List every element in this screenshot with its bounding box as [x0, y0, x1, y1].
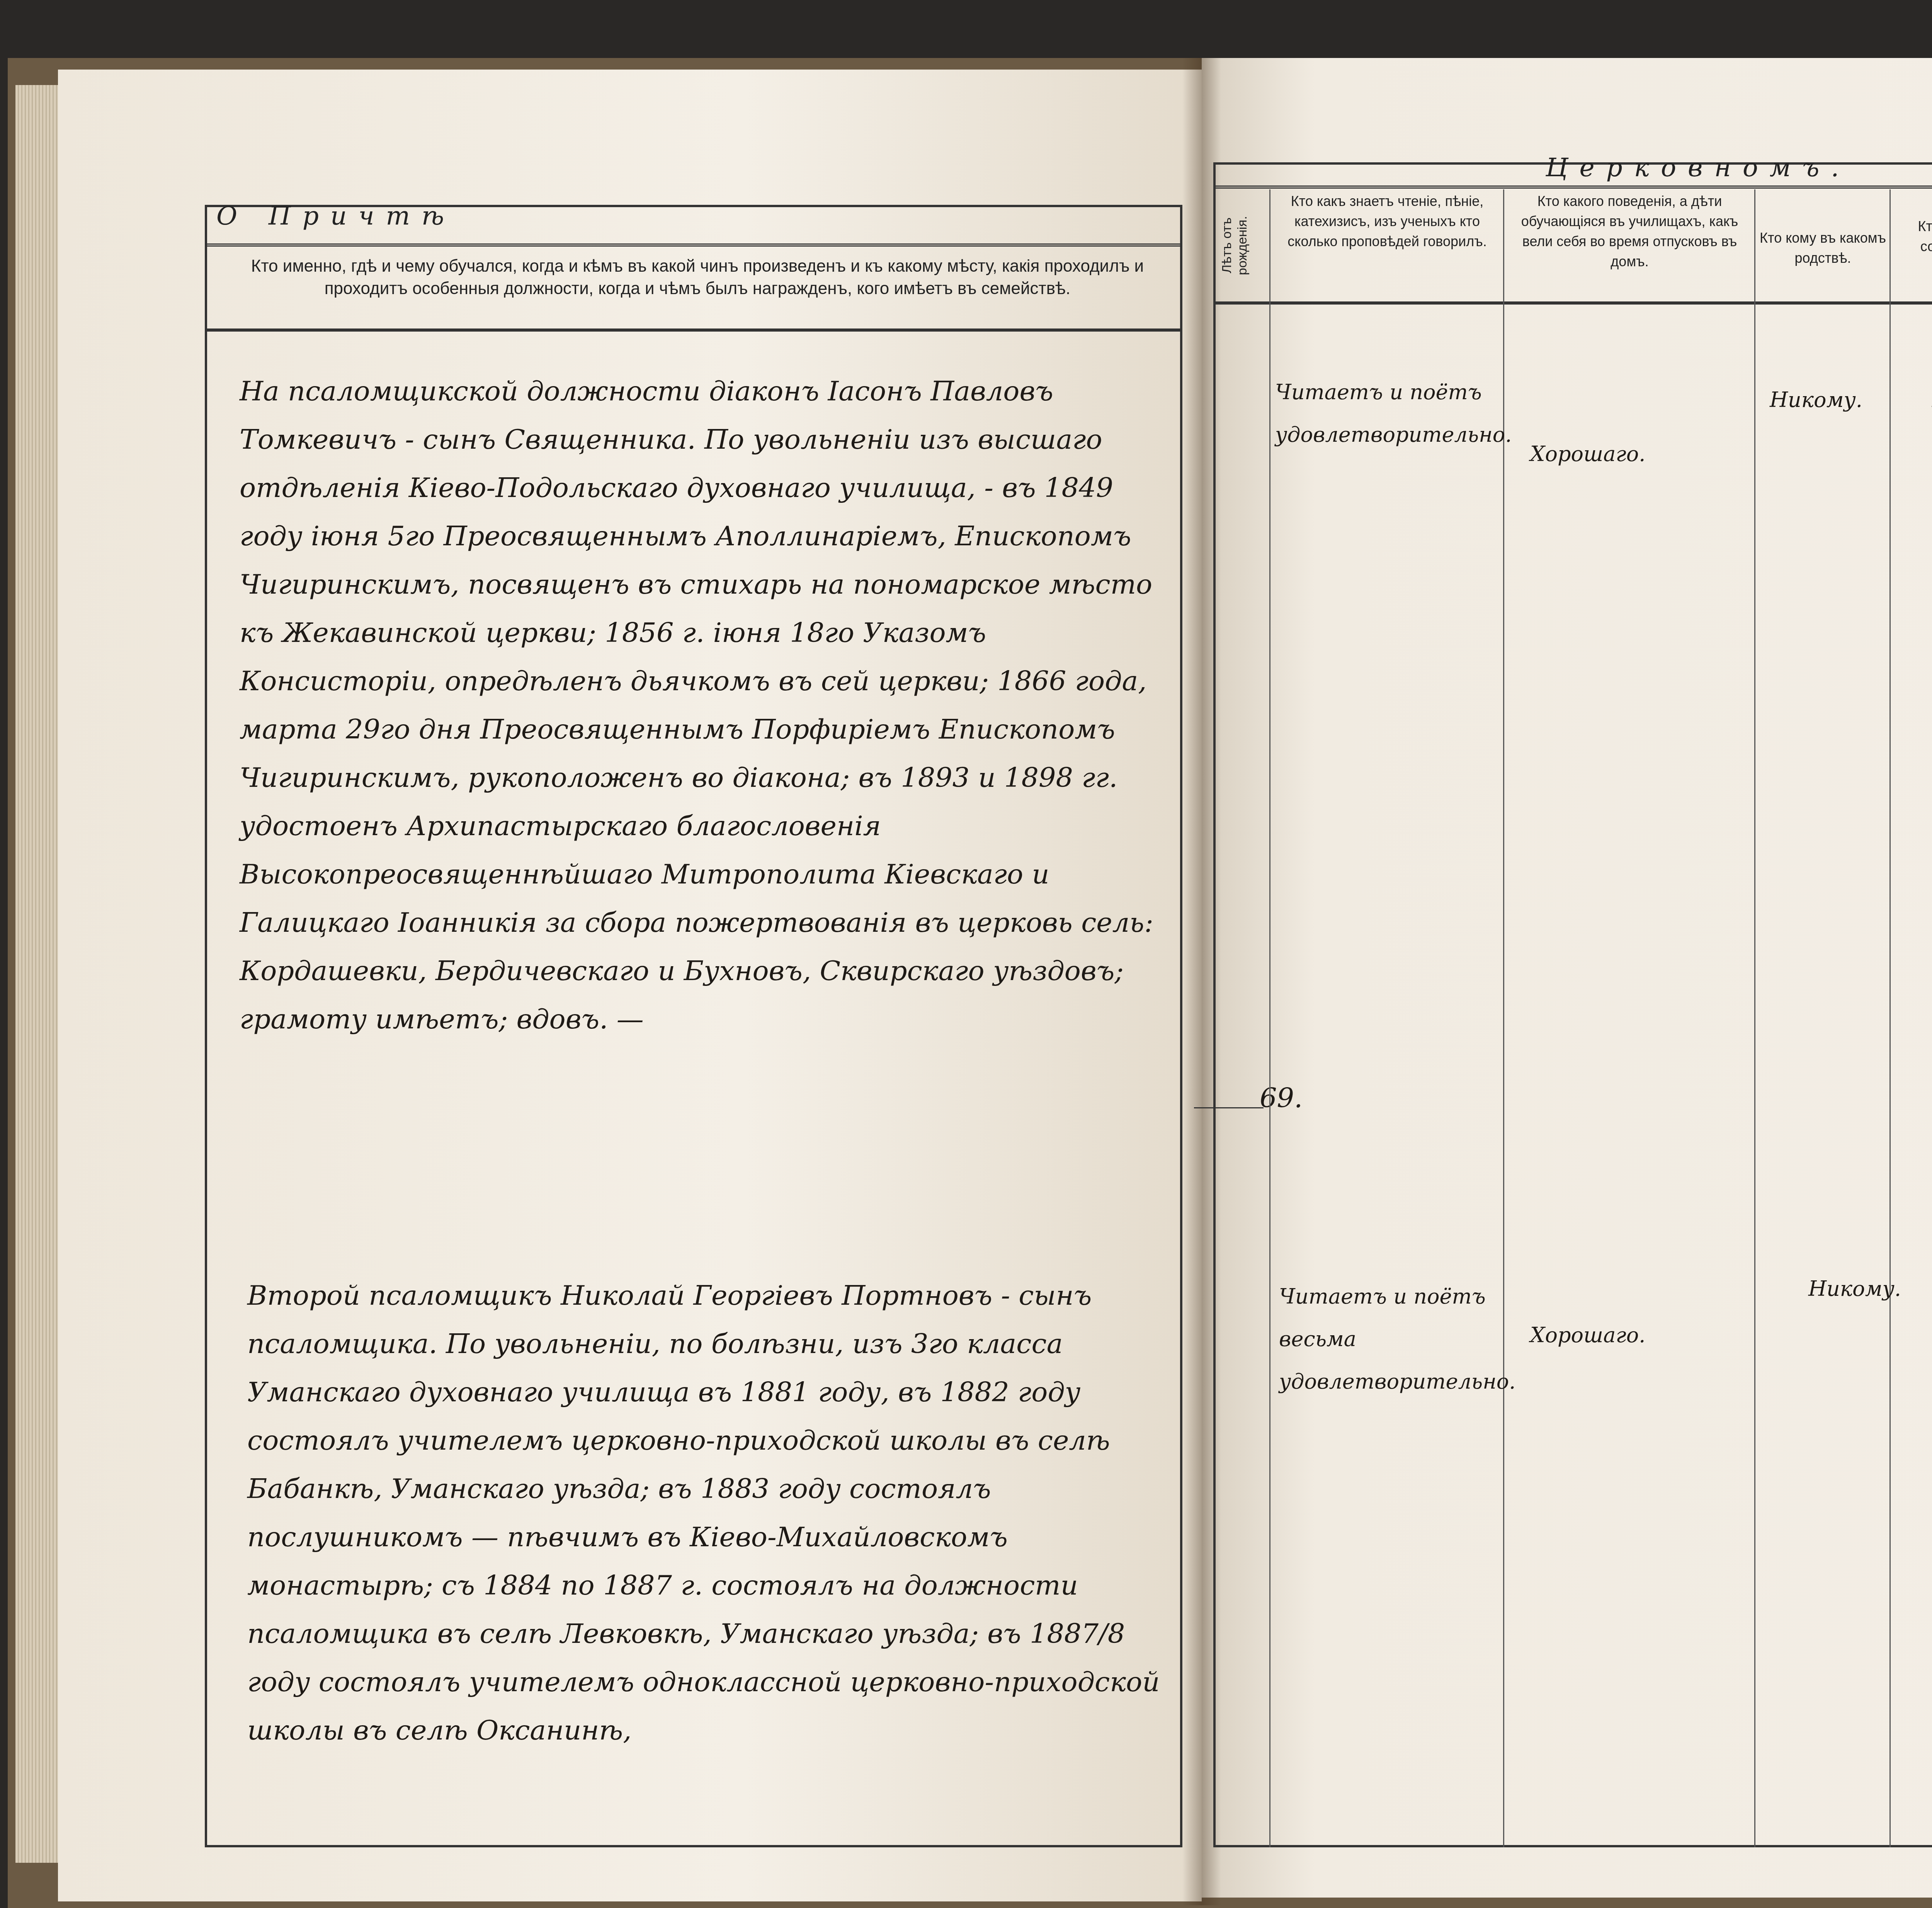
row-1-kinship: Никому.: [1770, 379, 1886, 421]
row-2-behavior: Хорошаго.: [1530, 1314, 1750, 1357]
right-section-title: Церковномъ.: [1546, 153, 1850, 182]
left-section-title: О Причтѣ: [216, 201, 456, 231]
column-header-knowledge: Кто какъ знаетъ чтеніе, пѣніе, катехизис…: [1273, 191, 1501, 252]
column-divider: [1889, 189, 1891, 1847]
clergy-entry-2: Второй псаломщикъ Николай Георгіевъ Порт…: [247, 1271, 1182, 1755]
column-header-behavior: Кто какого поведенія, а дѣти обучающіяся…: [1507, 191, 1752, 272]
row-1-behavior: Хорошаго.: [1530, 433, 1750, 475]
column-header-penalties: Кто когда былъ штрафованъ или не состоял…: [1893, 216, 1932, 277]
row-2-knowledge: Читаетъ и поётъ весьма удовлетворительно…: [1279, 1275, 1499, 1403]
row-1-knowledge: Читаетъ и поётъ удовлетворительно.: [1275, 371, 1499, 456]
column-header-kinship: Кто кому въ какомъ родствѣ.: [1758, 228, 1888, 268]
right-header-rule-bottom: [1213, 301, 1932, 305]
column-divider: [1754, 189, 1755, 1847]
left-header-rule-bottom: [205, 328, 1182, 332]
left-header-rule-top: [205, 243, 1182, 247]
clergy-entry-1: На псаломщикской должности діаконъ Іасон…: [240, 367, 1175, 1043]
left-column-header: Кто именно, гдѣ и чему обучался, когда и…: [216, 255, 1179, 300]
page-edges: [15, 85, 62, 1863]
column-divider: [1269, 189, 1270, 1847]
row-2-kinship: Никому.: [1808, 1268, 1886, 1310]
column-header-age: Лѣтъ отъ рожденія.: [1219, 193, 1265, 298]
right-header-rule-top: [1213, 186, 1932, 189]
